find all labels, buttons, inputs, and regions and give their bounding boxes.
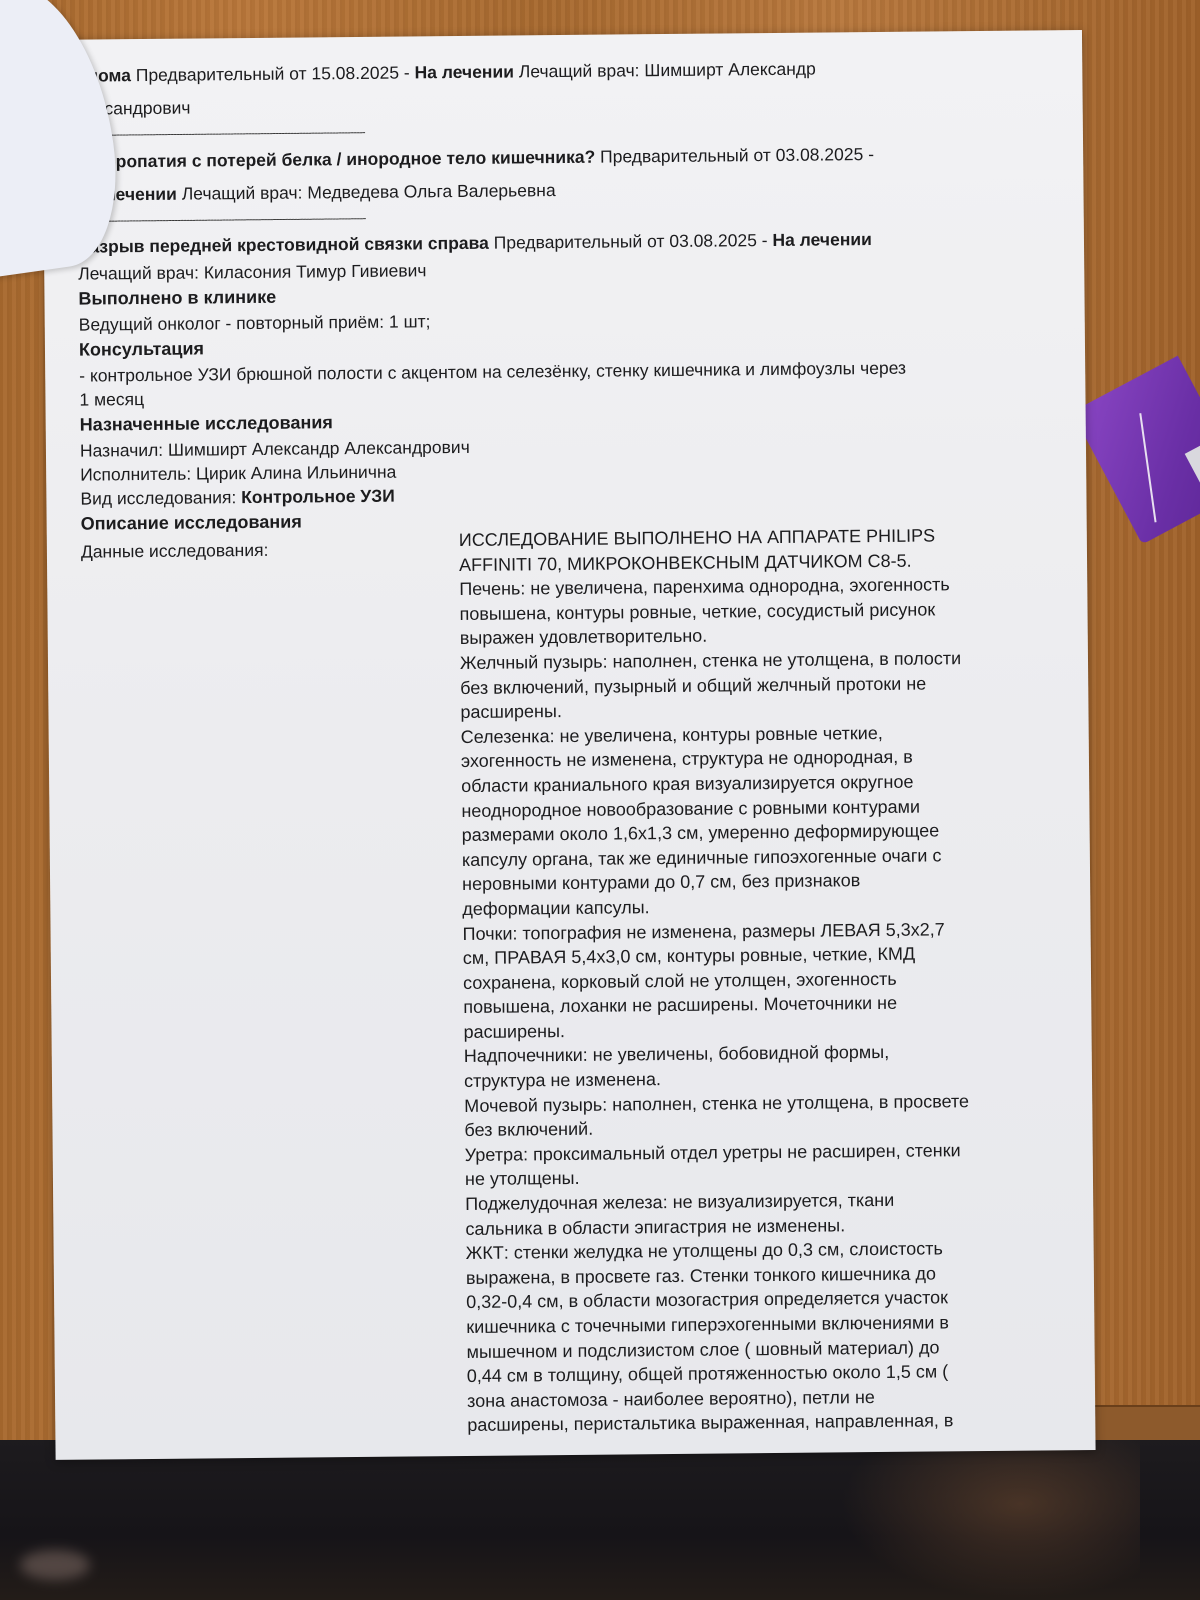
blurred-hand — [20, 1550, 90, 1580]
diagnosis-1-status: На лечении — [414, 61, 514, 82]
study-data-label: Данные исследования: — [81, 536, 421, 563]
report-content: лпома Предварительный от 15.08.2025 - На… — [76, 51, 1021, 540]
diagnosis-3-status: На лечении — [772, 229, 872, 250]
dark-floor-area — [0, 1440, 1200, 1600]
diagnosis-1-doctor: Лечащий врач: Шимширт Александр — [519, 59, 816, 82]
diagnosis-3-status-date: Предварительный от 03.08.2025 - — [494, 230, 773, 253]
diagnosis-2-title: энтеропатия с потерей белка / инородное … — [77, 147, 595, 172]
diagnosis-1-status-date: Предварительный от 15.08.2025 - — [136, 62, 415, 85]
diagnosis-3-title: Разрыв передней крестовидной связки спра… — [78, 233, 489, 257]
study-type-value: Контрольное УЗИ — [241, 486, 395, 507]
floor-shadow — [840, 1440, 1140, 1600]
findings-line: расширены, перистальтика выраженная, нап… — [467, 1408, 1037, 1438]
study-findings: ИССЛЕДОВАНИЕ ВЫПОЛНЕНО НА АППАРАТЕ PHILI… — [459, 523, 1038, 1438]
package-foil — [1185, 435, 1200, 507]
diagnosis-2-doctor: Лечащий врач: Медведева Ольга Валерьевна — [182, 180, 556, 204]
study-type-label: Вид исследования: — [80, 487, 241, 509]
printed-report-page: лпома Предварительный от 15.08.2025 - На… — [42, 30, 1096, 1460]
diagnosis-2-status-date: Предварительный от 03.08.2025 - — [600, 144, 874, 167]
